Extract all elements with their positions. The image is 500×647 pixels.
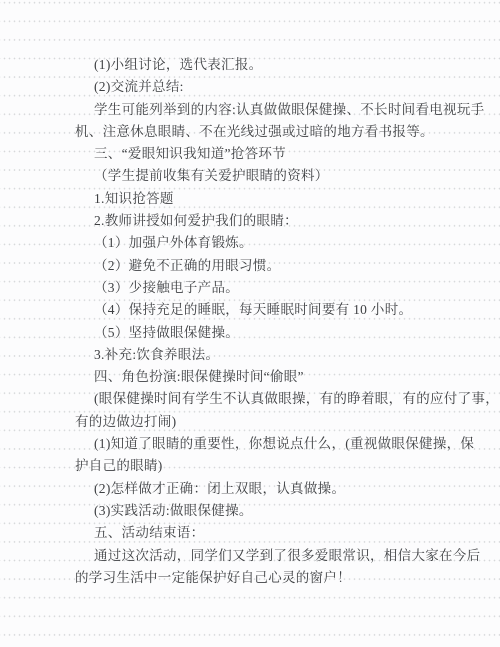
document-line: (眼保健操时间有学生不认真做眼操，有的睁着眼，有的应付了事， — [75, 388, 445, 410]
document-line: (1)知道了眼睛的重要性，你想说点什么，(重视做眼保健操，保 — [75, 433, 445, 455]
document-line: (2)怎样做才正确：闭上双眼，认真做操。 — [75, 478, 445, 500]
document-line: 三、“爱眼知识我知道”抢答环节 — [75, 143, 445, 165]
document-page: (1)小组讨论，选代表汇报。(2)交流并总结:学生可能列举到的内容:认真做做眼保… — [0, 0, 500, 647]
document-line: （2）避免不正确的用眼习惯。 — [75, 255, 445, 277]
document-line: 机、注意休息眼睛、不在光线过强或过暗的地方看书报等。 — [75, 121, 445, 143]
document-line: （4）保持充足的睡眠，每天睡眠时间要有 10 小时。 — [75, 299, 445, 321]
document-line: (2)交流并总结: — [75, 76, 445, 98]
document-line: （5）坚持做眼保健操。 — [75, 322, 445, 344]
document-line: 3.补充:饮食养眼法。 — [75, 344, 445, 366]
document-line: （3）少接触电子产品。 — [75, 277, 445, 299]
document-line: 的学习生活中一定能保护好自己心灵的窗户！ — [75, 567, 445, 589]
document-line: 1.知识抢答题 — [75, 188, 445, 210]
document-body: (1)小组讨论，选代表汇报。(2)交流并总结:学生可能列举到的内容:认真做做眼保… — [0, 54, 500, 589]
document-line: 2.教师讲授如何爱护我们的眼睛： — [75, 210, 445, 232]
document-line: 四、角色扮演:眼保健操时间“偷眼” — [75, 366, 445, 388]
document-line: (3)实践活动:做眼保健操。 — [75, 500, 445, 522]
document-line: 学生可能列举到的内容:认真做做眼保健操、不长时间看电视玩手 — [75, 99, 445, 121]
document-line: （学生提前收集有关爱护眼睛的资料） — [75, 165, 445, 187]
document-line: （1）加强户外体育锻炼。 — [75, 232, 445, 254]
document-line: (1)小组讨论，选代表汇报。 — [75, 54, 445, 76]
document-line: 通过这次活动，同学们又学到了很多爱眼常识，相信大家在今后 — [75, 545, 445, 567]
document-line: 有的边做边打闹) — [75, 411, 445, 433]
document-line: 五、活动结束语： — [75, 522, 445, 544]
document-line: 护自己的眼睛) — [75, 455, 445, 477]
